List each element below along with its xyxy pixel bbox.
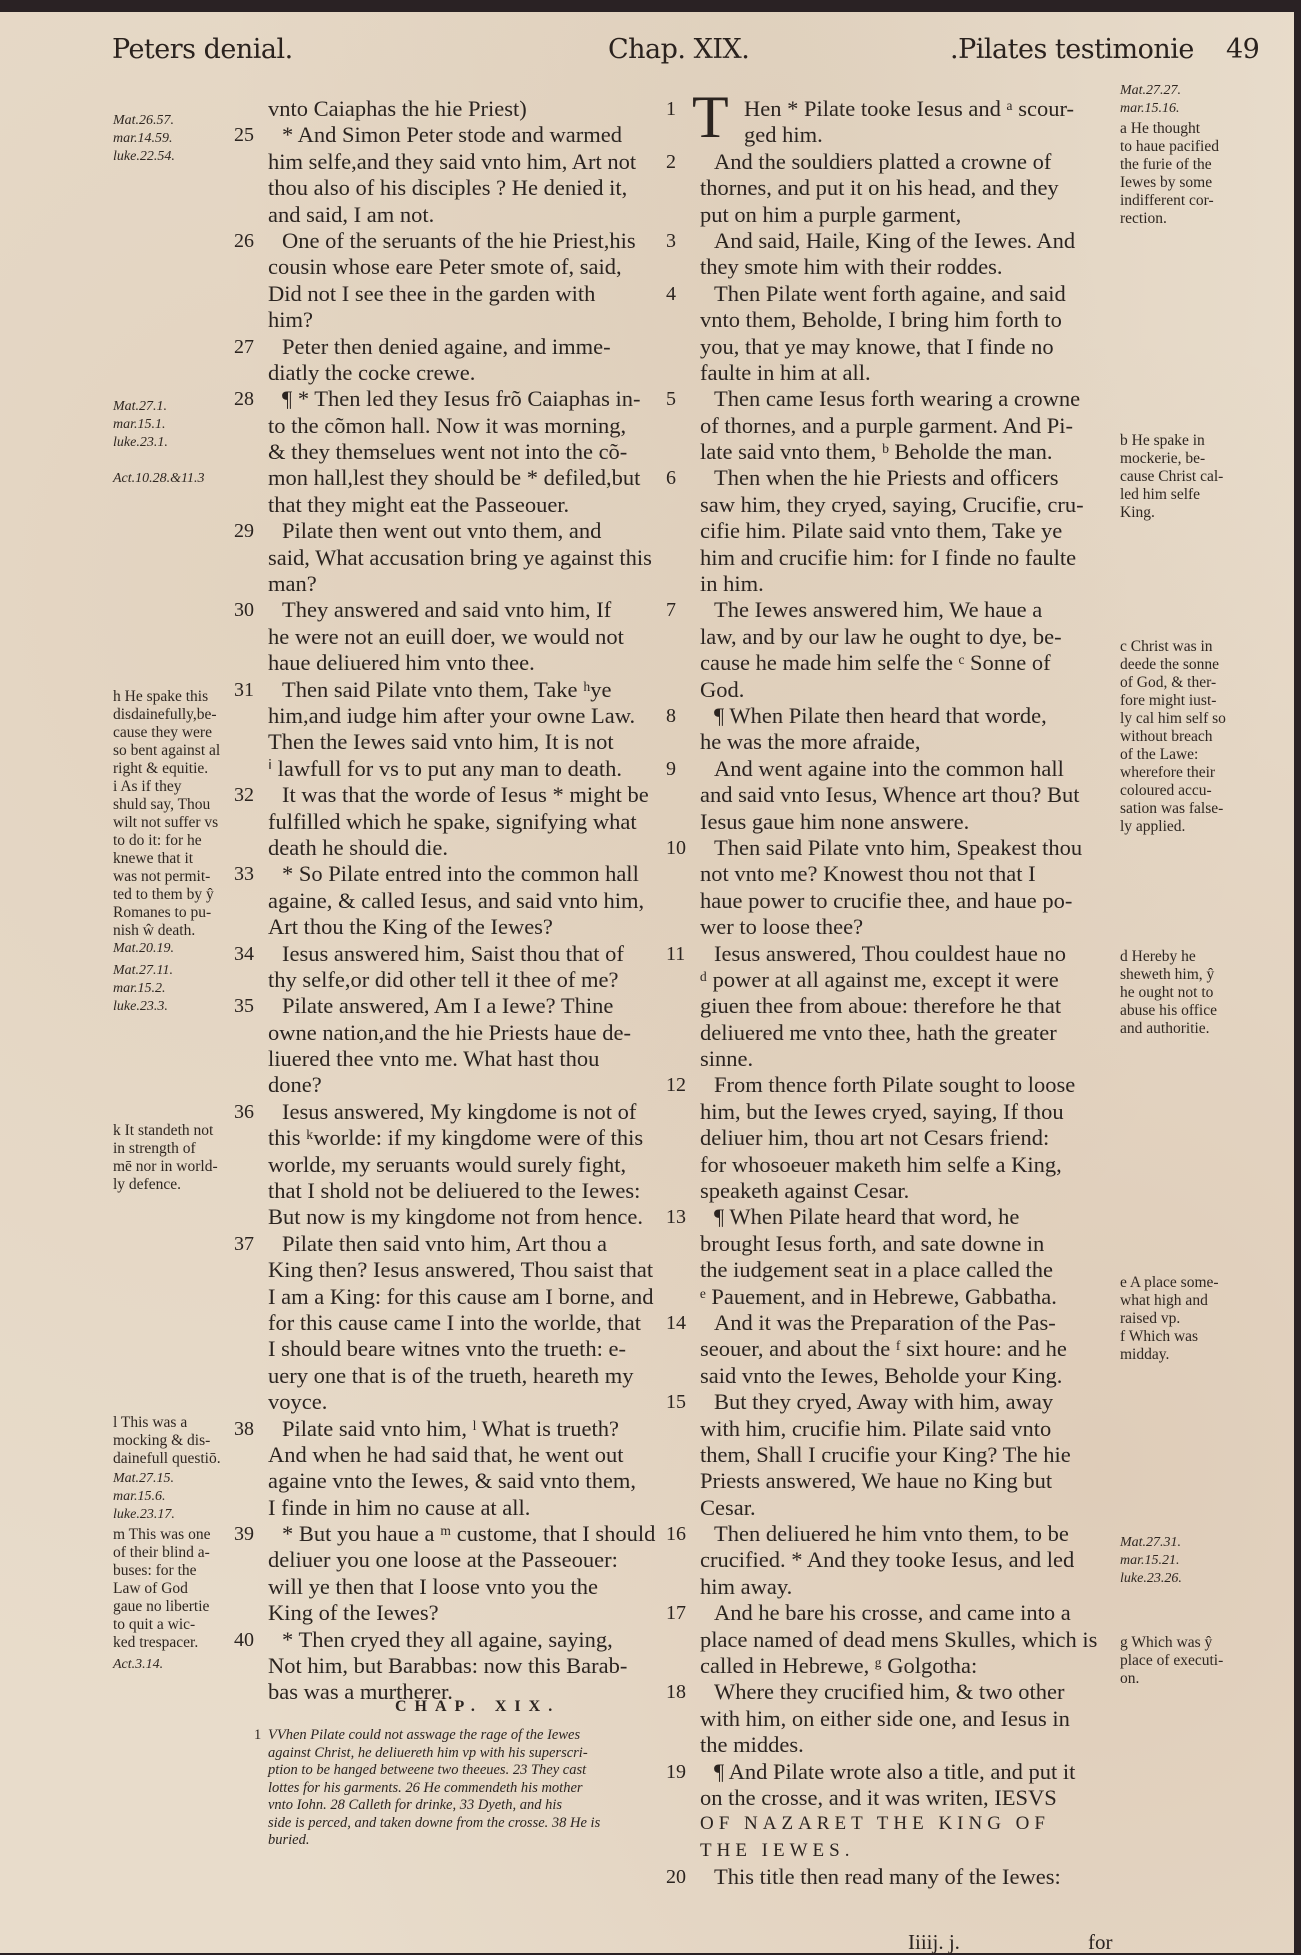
line-text: Where they crucified him, & two other bbox=[714, 1679, 1065, 1704]
text-line: with him, on either side one, and Iesus … bbox=[700, 1706, 1120, 1732]
note-line: luke.23.26. bbox=[1120, 1570, 1290, 1588]
line-text: And went againe into the common hall bbox=[714, 756, 1064, 781]
text-line: 5Then came Iesus forth wearing a crowne bbox=[700, 386, 1120, 412]
line-text: you, that ye may knowe, that I finde no bbox=[700, 334, 1054, 359]
text-line: uery one that is of the trueth, heareth … bbox=[268, 1363, 680, 1389]
margin-note-f: f Which wasmidday. bbox=[1120, 1328, 1290, 1364]
line-text: with him, crucifie him. Pilate said vnto bbox=[700, 1416, 1051, 1441]
line-text: him selfe,and they said vnto him, Art no… bbox=[268, 149, 636, 174]
note-line: mē nor in world- bbox=[113, 1158, 263, 1176]
text-line: 13¶ When Pilate heard that word, he bbox=[700, 1204, 1120, 1230]
line-text: Pilate then went out vnto them, and bbox=[282, 518, 601, 543]
line-text: faulte in him at all. bbox=[700, 360, 871, 385]
note-line: Law of God bbox=[113, 1580, 263, 1598]
line-text: liuered thee vnto me. What hast thou bbox=[268, 1046, 599, 1071]
line-text: Then deliuered he him vnto them, to be bbox=[714, 1521, 1069, 1546]
note-line: mar.15.2. bbox=[113, 980, 263, 998]
line-text: ⁱ lawfull for vs to put any man to death… bbox=[268, 756, 622, 781]
line-text: put on him a purple garment, bbox=[700, 202, 961, 227]
text-line: for whosoeuer maketh him selfe a King, bbox=[700, 1152, 1120, 1178]
text-line: death he should die. bbox=[268, 835, 680, 861]
line-text: King of the Iewes? bbox=[268, 1600, 439, 1625]
margin-note-c: c Christ was indeede the sonneof God, & … bbox=[1120, 638, 1290, 836]
text-line: 2And the souldiers platted a crowne of bbox=[700, 149, 1120, 175]
note-line: buried. bbox=[268, 1832, 680, 1850]
text-line: Then the Iewes said vnto him, It is not bbox=[268, 729, 680, 755]
note-line: mocking & dis- bbox=[113, 1432, 263, 1450]
text-line: cause he made him selfe the ᶜ Sonne of bbox=[700, 650, 1120, 676]
note-line: what high and bbox=[1120, 1292, 1290, 1310]
text-line: 8¶ When Pilate then heard that worde, bbox=[700, 703, 1120, 729]
running-head-left: Peters denial. bbox=[112, 34, 293, 65]
line-text: Iesus answered him, Saist thou that of bbox=[282, 941, 624, 966]
note-line: the furie of the bbox=[1120, 156, 1290, 174]
note-line: ked trespacer. bbox=[113, 1634, 263, 1652]
line-text: they smote him with their roddes. bbox=[700, 254, 1002, 279]
line-text: deliuered me vnto thee, hath the greater bbox=[700, 1020, 1057, 1045]
text-line: this ᵏworlde: if my kingdome were of thi… bbox=[268, 1125, 680, 1151]
text-line: 29Pilate then went out vnto them, and bbox=[268, 518, 680, 544]
margin-note-g: g Which was ŷplace of executi-on. bbox=[1120, 1634, 1290, 1688]
margin-note-h: h He spake thisdisdainefully,be-cause th… bbox=[113, 688, 263, 778]
note-line: Romanes to pu- bbox=[113, 904, 263, 922]
text-line: faulte in him at all. bbox=[700, 360, 1120, 386]
line-text: againe, & called Iesus, and said vnto hi… bbox=[268, 888, 644, 913]
note-line: i As if they bbox=[113, 778, 263, 796]
note-line: abuse his office bbox=[1120, 1002, 1290, 1020]
text-line: I should beare witnes vnto the trueth: e… bbox=[268, 1336, 680, 1362]
text-line: 35Pilate answered, Am I a Iewe? Thine bbox=[268, 993, 680, 1019]
text-line: ged him. bbox=[700, 122, 1120, 148]
text-line: 38Pilate said vnto him, ˡ What is trueth… bbox=[268, 1416, 680, 1442]
text-line: 15But they cryed, Away with him, away bbox=[700, 1389, 1120, 1415]
margin-note-k: k It standeth notin strength ofmē nor in… bbox=[113, 1122, 263, 1194]
text-line: thou also of his disciples ? He denied i… bbox=[268, 175, 680, 201]
line-text: Iesus answered, My kingdome is not of bbox=[282, 1099, 636, 1124]
line-text: mon hall,lest they should be * defiled,b… bbox=[268, 465, 640, 490]
note-line: deede the sonne bbox=[1120, 656, 1290, 674]
line-text: he was the more afraide, bbox=[700, 729, 921, 754]
text-line: 37Pilate then said vnto him, Art thou a bbox=[268, 1231, 680, 1257]
text-line: the middes. bbox=[700, 1732, 1120, 1758]
line-text: cousin whose eare Peter smote of, said, bbox=[268, 254, 622, 279]
note-line: without breach bbox=[1120, 728, 1290, 746]
line-text: I am a King: for this cause am I borne, … bbox=[268, 1284, 654, 1309]
note-line: buses: for the bbox=[113, 1562, 263, 1580]
line-text: man? bbox=[268, 571, 317, 596]
line-text: law, and by our law he ought to dye, be- bbox=[700, 624, 1062, 649]
note-line: Mat.27.11. bbox=[113, 962, 263, 980]
line-text: Pilate answered, Am I a Iewe? Thine bbox=[282, 993, 613, 1018]
line-text: vnto them, Beholde, I bring him forth to bbox=[700, 307, 1062, 332]
note-line: so bent against al bbox=[113, 742, 263, 760]
line-text: this ᵏworlde: if my kingdome were of thi… bbox=[268, 1125, 643, 1150]
text-line: 36Iesus answered, My kingdome is not of bbox=[268, 1099, 680, 1125]
text-line: called in Hebrewe, ᵍ Golgotha: bbox=[700, 1653, 1120, 1679]
line-text: Pilate then said vnto him, Art thou a bbox=[282, 1231, 607, 1256]
text-line: on the crosse, and it was writen, IESVS bbox=[700, 1785, 1120, 1811]
text-line: of thornes, and a purple garment. And Pi… bbox=[700, 413, 1120, 439]
line-text: said, What accusation bring ye against t… bbox=[268, 545, 652, 570]
note-line: King. bbox=[1120, 504, 1290, 522]
margin-refs-v32: Mat.20.19. bbox=[113, 940, 263, 958]
note-line: wilt not suffer vs bbox=[113, 814, 263, 832]
note-line: Mat.20.19. bbox=[113, 940, 263, 958]
text-line: 28¶ * Then led they Iesus frõ Caiaphas i… bbox=[268, 386, 680, 412]
note-line: against Christ, he deliuereth him vp wit… bbox=[268, 1745, 680, 1763]
line-text: uery one that is of the trueth, heareth … bbox=[268, 1363, 634, 1388]
note-line: Mat.27.31. bbox=[1120, 1534, 1290, 1552]
line-text: From thence forth Pilate sought to loose bbox=[714, 1072, 1075, 1097]
line-text: Then the Iewes said vnto him, It is not bbox=[268, 729, 614, 754]
line-text: againe vnto the Iewes, & said vnto them, bbox=[268, 1468, 636, 1493]
text-line: crucified. * And they tooke Iesus, and l… bbox=[700, 1547, 1120, 1573]
text-line: fulfilled which he spake, signifying wha… bbox=[268, 809, 680, 835]
text-line: seouer, and about the ᶠ sixt houre: and … bbox=[700, 1336, 1120, 1362]
note-line: k It standeth not bbox=[113, 1122, 263, 1140]
line-text: Then came Iesus forth wearing a crowne bbox=[714, 386, 1080, 411]
line-text: ᵉ Pauement, and in Hebrewe, Gabbatha. bbox=[700, 1284, 1057, 1309]
line-text: And it was the Preparation of the Pas- bbox=[714, 1310, 1056, 1335]
note-line: was not permit- bbox=[113, 868, 263, 886]
line-text: King then? Iesus answered, Thou saist th… bbox=[268, 1257, 653, 1282]
text-line: they smote him with their roddes. bbox=[700, 254, 1120, 280]
text-line: done? bbox=[268, 1072, 680, 1098]
note-line: luke.22.54. bbox=[113, 148, 263, 166]
note-line: raised vp. bbox=[1120, 1310, 1290, 1328]
line-text: OF NAZARET THE KING OF bbox=[700, 1813, 1050, 1834]
note-line: a He thought bbox=[1120, 120, 1290, 138]
verse-number: 5 bbox=[666, 386, 676, 412]
text-line: 33* So Pilate entred into the common hal… bbox=[268, 861, 680, 887]
note-line: f Which was bbox=[1120, 1328, 1290, 1346]
text-line: thornes, and put it on his head, and the… bbox=[700, 175, 1120, 201]
verse-number: 4 bbox=[666, 281, 676, 307]
line-text: diatly the cocke crewe. bbox=[268, 360, 475, 385]
note-line: h He spake this bbox=[113, 688, 263, 706]
line-text: haue power to crucifie thee, and haue po… bbox=[700, 888, 1072, 913]
note-line: b He spake in bbox=[1120, 432, 1290, 450]
line-text: he were not an euill doer, we would not bbox=[268, 624, 624, 649]
line-text: Not him, but Barabbas: now this Barab- bbox=[268, 1653, 627, 1678]
text-line: saw him, they cryed, saying, Crucifie, c… bbox=[700, 492, 1120, 518]
line-text: One of the seruants of the hie Priest,hi… bbox=[282, 228, 636, 253]
note-line: sheweth him, ŷ bbox=[1120, 966, 1290, 984]
line-text: Then when the hie Priests and officers bbox=[714, 465, 1059, 490]
note-line: wherefore their bbox=[1120, 764, 1290, 782]
line-text: the middes. bbox=[700, 1732, 804, 1757]
text-line: owne nation,and the hie Priests haue de- bbox=[268, 1020, 680, 1046]
text-line: vnto Caiaphas the hie Priest) bbox=[268, 96, 680, 122]
line-text: It was that the worde of Iesus * might b… bbox=[282, 782, 649, 807]
text-line: deliuered me vnto thee, hath the greater bbox=[700, 1020, 1120, 1046]
text-line: 40* Then cryed they all againe, saying, bbox=[268, 1627, 680, 1653]
note-line: mar.15.21. bbox=[1120, 1552, 1290, 1570]
text-line: him, but the Iewes cryed, saying, If tho… bbox=[700, 1099, 1120, 1125]
line-text: fulfilled which he spake, signifying wha… bbox=[268, 809, 637, 834]
text-line: Cesar. bbox=[700, 1495, 1120, 1521]
chapter-header: Chap. XIX. bbox=[608, 34, 749, 65]
text-line: 32It was that the worde of Iesus * might… bbox=[268, 782, 680, 808]
note-line: to haue pacified bbox=[1120, 138, 1290, 156]
note-line: dainefull questiō. bbox=[113, 1450, 263, 1468]
right-text-column: 1THen * Pilate tooke Iesus and ᵃ scour-g… bbox=[700, 96, 1120, 1891]
line-text: giuen thee from aboue: therefore he that bbox=[700, 993, 1061, 1018]
note-line: c Christ was in bbox=[1120, 638, 1290, 656]
line-text: The Iewes answered him, We haue a bbox=[714, 597, 1042, 622]
note-line: mar.15.6. bbox=[113, 1488, 263, 1506]
line-text: the iudgement seat in a place called the bbox=[700, 1257, 1053, 1282]
line-text: I should beare witnes vnto the trueth: e… bbox=[268, 1336, 626, 1361]
note-line: lottes for his garments. 26 He commendet… bbox=[268, 1780, 680, 1798]
argument-number: 1 bbox=[254, 1727, 261, 1745]
margin-note-m: m This was oneof their blind a-buses: fo… bbox=[113, 1526, 263, 1652]
verse-number: 12 bbox=[666, 1072, 686, 1098]
chapter-argument: 1 VVhen Pilate could not asswage the rag… bbox=[268, 1727, 680, 1850]
note-line: l This was a bbox=[113, 1414, 263, 1432]
text-line: 18Where they crucified him, & two other bbox=[700, 1679, 1120, 1705]
chapter-heading: CHAP. XIX. bbox=[395, 1698, 560, 1716]
margin-note-d: d Hereby hesheweth him, ŷhe ought not to… bbox=[1120, 948, 1290, 1038]
line-text: voyce. bbox=[268, 1389, 327, 1414]
verse-number: 3 bbox=[666, 228, 676, 254]
text-line: voyce. bbox=[268, 1389, 680, 1415]
verse-number: 1 bbox=[666, 96, 676, 122]
line-text: Art thou the King of the Iewes? bbox=[268, 914, 553, 939]
text-line: 19¶ And Pilate wrote also a title, and p… bbox=[700, 1759, 1120, 1785]
text-line: giuen thee from aboue: therefore he that bbox=[700, 993, 1120, 1019]
line-text: Priests answered, We haue no King but bbox=[700, 1468, 1052, 1493]
verse-number: 14 bbox=[666, 1310, 686, 1336]
text-line: Iesus gaue him none answere. bbox=[700, 809, 1120, 835]
line-text: of thornes, and a purple garment. And Pi… bbox=[700, 413, 1073, 438]
line-text: worlde, my seruants would surely fight, bbox=[268, 1152, 626, 1177]
text-line: diatly the cocke crewe. bbox=[268, 360, 680, 386]
note-line: luke.23.1. bbox=[113, 434, 263, 452]
note-line: m This was one bbox=[113, 1526, 263, 1544]
note-line: right & equitie. bbox=[113, 760, 263, 778]
text-line: King of the Iewes? bbox=[268, 1600, 680, 1626]
line-text: owne nation,and the hie Priests haue de- bbox=[268, 1020, 631, 1045]
note-line: mar.14.59. bbox=[113, 130, 263, 148]
note-line: Mat.27.27. bbox=[1120, 82, 1290, 100]
verse-number: 13 bbox=[666, 1204, 686, 1230]
note-line: fore might iust- bbox=[1120, 692, 1290, 710]
page-number: 49 bbox=[1226, 34, 1259, 65]
note-line: of their blind a- bbox=[113, 1544, 263, 1562]
note-line: and authoritie. bbox=[1120, 1020, 1290, 1038]
text-line: vnto them, Beholde, I bring him forth to bbox=[700, 307, 1120, 333]
note-line: VVhen Pilate could not asswage the rage … bbox=[268, 1727, 680, 1745]
text-line: ᵈ power at all against me, except it wer… bbox=[700, 967, 1120, 993]
note-line: luke.23.3. bbox=[113, 998, 263, 1016]
line-text: haue deliuered him vnto thee. bbox=[268, 650, 535, 675]
verse-number: 2 bbox=[666, 149, 676, 175]
line-text: brought Iesus forth, and sate downe in bbox=[700, 1231, 1044, 1256]
line-text: ¶ When Pilate then heard that worde, bbox=[714, 703, 1047, 728]
text-line: said, What accusation bring ye against t… bbox=[268, 545, 680, 571]
text-line: mon hall,lest they should be * defiled,b… bbox=[268, 465, 680, 491]
line-text: and said, I am not. bbox=[268, 202, 434, 227]
note-line: Mat.27.1. bbox=[113, 398, 263, 416]
line-text: and said vnto Iesus, Whence art thou? Bu… bbox=[700, 782, 1080, 807]
text-line: cousin whose eare Peter smote of, said, bbox=[268, 254, 680, 280]
line-text: for this cause came I into the worlde, t… bbox=[268, 1310, 641, 1335]
text-line: 20This title then read many of the Iewes… bbox=[700, 1864, 1120, 1890]
note-line: coloured accu- bbox=[1120, 782, 1290, 800]
note-line: indifferent cor- bbox=[1120, 192, 1290, 210]
note-line: to do it: for he bbox=[113, 832, 263, 850]
text-line: 10Then said Pilate vnto him, Speakest th… bbox=[700, 835, 1120, 861]
text-line: God. bbox=[700, 677, 1120, 703]
note-line: shuld say, Thou bbox=[113, 796, 263, 814]
note-line: gaue no libertie bbox=[113, 1598, 263, 1616]
line-text: But now is my kingdome not from hence. bbox=[268, 1204, 643, 1229]
line-text: with him, on either side one, and Iesus … bbox=[700, 1706, 1070, 1731]
line-text: crucified. * And they tooke Iesus, and l… bbox=[700, 1547, 1074, 1572]
margin-note-i: i As if theyshuld say, Thouwilt not suff… bbox=[113, 778, 263, 940]
line-text: * And Simon Peter stode and warmed bbox=[282, 122, 622, 147]
note-line: side is perced, and taken downe from the… bbox=[268, 1815, 680, 1833]
margin-refs-v33: Mat.27.11.mar.15.2.luke.23.3. bbox=[113, 962, 263, 1016]
text-line: speaketh against Cesar. bbox=[700, 1178, 1120, 1204]
verse-number: 20 bbox=[666, 1864, 686, 1890]
text-line: I finde in him no cause at all. bbox=[268, 1495, 680, 1521]
line-text: Then said Pilate vnto them, Take ʰye bbox=[282, 677, 612, 702]
text-line: that they might eat the Passeouer. bbox=[268, 492, 680, 518]
text-line: 1THen * Pilate tooke Iesus and ᵃ scour- bbox=[700, 96, 1120, 122]
line-text: & they themselues went not into the cõ- bbox=[268, 439, 627, 464]
text-line: Did not I see thee in the garden with bbox=[268, 281, 680, 307]
line-text: ¶ And Pilate wrote also a title, and put… bbox=[714, 1759, 1075, 1784]
line-text: Peter then denied againe, and imme- bbox=[282, 334, 611, 359]
left-text-column: vnto Caiaphas the hie Priest)25* And Sim… bbox=[268, 96, 680, 1706]
text-line: liuered thee vnto me. What hast thou bbox=[268, 1046, 680, 1072]
verse-number: 19 bbox=[666, 1759, 686, 1785]
line-text: him away. bbox=[700, 1574, 792, 1599]
line-text: not vnto me? Knowest thou not that I bbox=[700, 861, 1036, 886]
margin-refs-v1: Mat.27.27.mar.15.16. bbox=[1120, 82, 1290, 118]
text-line: & they themselues went not into the cõ- bbox=[268, 439, 680, 465]
line-text: And he bare his crosse, and came into a bbox=[714, 1600, 1071, 1625]
text-line: deliuer you one loose at the Passeouer: bbox=[268, 1547, 680, 1573]
text-line: Not him, but Barabbas: now this Barab- bbox=[268, 1653, 680, 1679]
text-line: OF NAZARET THE KING OF bbox=[700, 1811, 1120, 1837]
line-text: ¶ When Pilate heard that word, he bbox=[714, 1204, 1019, 1229]
line-text: cifie him. Pilate said vnto them, Take y… bbox=[700, 518, 1062, 543]
text-line: againe, & called Iesus, and said vnto hi… bbox=[268, 888, 680, 914]
text-line: the iudgement seat in a place called the bbox=[700, 1257, 1120, 1283]
note-line: place of executi- bbox=[1120, 1652, 1290, 1670]
margin-note-e: e A place some-what high andraised vp. bbox=[1120, 1274, 1290, 1328]
text-line: 30They answered and said vnto him, If bbox=[268, 597, 680, 623]
note-line: on. bbox=[1120, 1670, 1290, 1688]
line-text: called in Hebrewe, ᵍ Golgotha: bbox=[700, 1653, 977, 1678]
signature-mark: Iiiij. j. bbox=[908, 1930, 960, 1953]
line-text: will ye then that I loose vnto you the bbox=[268, 1574, 598, 1599]
text-line: But now is my kingdome not from hence. bbox=[268, 1204, 680, 1230]
line-text: that I shold not be deliuered to the Iew… bbox=[268, 1178, 640, 1203]
line-text: deliuer you one loose at the Passeouer: bbox=[268, 1547, 618, 1572]
text-line: 12From thence forth Pilate sought to loo… bbox=[700, 1072, 1120, 1098]
text-line: sinne. bbox=[700, 1046, 1120, 1072]
line-text: They answered and said vnto him, If bbox=[282, 597, 611, 622]
line-text: speaketh against Cesar. bbox=[700, 1178, 909, 1203]
note-line: rection. bbox=[1120, 210, 1290, 228]
text-line: in him. bbox=[700, 571, 1120, 597]
note-line: midday. bbox=[1120, 1346, 1290, 1364]
text-line: 34Iesus answered him, Saist thou that of bbox=[268, 941, 680, 967]
note-line: knewe that it bbox=[113, 850, 263, 868]
line-text: THE IEWES. bbox=[700, 1840, 854, 1861]
line-text: Then said Pilate vnto him, Speakest thou bbox=[714, 835, 1082, 860]
text-line: 3And said, Haile, King of the Iewes. And bbox=[700, 228, 1120, 254]
line-text: him,and iudge him after your owne Law. bbox=[268, 703, 635, 728]
text-line: ᵉ Pauement, and in Hebrewe, Gabbatha. bbox=[700, 1284, 1120, 1310]
text-line: ⁱ lawfull for vs to put any man to death… bbox=[268, 756, 680, 782]
text-line: he were not an euill doer, we would not bbox=[268, 624, 680, 650]
text-line: place named of dead mens Skulles, which … bbox=[700, 1627, 1120, 1653]
verse-number: 17 bbox=[666, 1600, 686, 1626]
text-line: thy selfe,or did other tell it thee of m… bbox=[268, 967, 680, 993]
text-line: 7The Iewes answered him, We haue a bbox=[700, 597, 1120, 623]
text-line: Art thou the King of the Iewes? bbox=[268, 914, 680, 940]
line-text: him? bbox=[268, 307, 313, 332]
text-line: deliuer him, thou art not Cesars friend: bbox=[700, 1125, 1120, 1151]
book-page: Peters denial. Chap. XIX. .Pilates testi… bbox=[0, 12, 1294, 1953]
line-text: wer to loose thee? bbox=[700, 914, 863, 939]
line-text: saw him, they cryed, saying, Crucifie, c… bbox=[700, 492, 1084, 517]
line-text: late said vnto them, ᵇ Beholde the man. bbox=[700, 439, 1053, 464]
note-line: Act.10.28.&11.3 bbox=[113, 470, 263, 488]
note-line: led him selfe bbox=[1120, 486, 1290, 504]
line-text: on the crosse, and it was writen, IESVS bbox=[700, 1785, 1057, 1810]
verse-number: 30 bbox=[234, 597, 254, 623]
line-text: him and crucifie him: for I finde no fau… bbox=[700, 545, 1076, 570]
verse-number: 27 bbox=[234, 334, 254, 360]
line-text: thou also of his disciples ? He denied i… bbox=[268, 175, 627, 200]
line-text: But they cryed, Away with him, away bbox=[714, 1389, 1053, 1414]
line-text: death he should die. bbox=[268, 835, 448, 860]
text-line: him and crucifie him: for I finde no fau… bbox=[700, 545, 1120, 571]
text-line: that I shold not be deliuered to the Iew… bbox=[268, 1178, 680, 1204]
text-line: late said vnto them, ᵇ Beholde the man. bbox=[700, 439, 1120, 465]
note-line: ly cal him self so bbox=[1120, 710, 1290, 728]
line-text: ᵈ power at all against me, except it wer… bbox=[700, 967, 1059, 992]
text-line: said vnto the Iewes, Beholde your King. bbox=[700, 1363, 1120, 1389]
text-line: will ye then that I loose vnto you the bbox=[268, 1574, 680, 1600]
text-line: And when he had said that, he went out bbox=[268, 1442, 680, 1468]
text-line: him? bbox=[268, 307, 680, 333]
note-line: Act.3.14. bbox=[113, 1656, 263, 1674]
line-text: place named of dead mens Skulles, which … bbox=[700, 1627, 1097, 1652]
line-text: God. bbox=[700, 677, 744, 702]
note-line: e A place some- bbox=[1120, 1274, 1290, 1292]
text-line: 4Then Pilate went forth againe, and said bbox=[700, 281, 1120, 307]
catchword: for bbox=[1088, 1930, 1113, 1953]
line-text: * Then cryed they all againe, saying, bbox=[282, 1627, 613, 1652]
text-line: 27Peter then denied againe, and imme- bbox=[268, 334, 680, 360]
verse-number: 37 bbox=[234, 1231, 254, 1257]
margin-note-l: l This was amocking & dis-dainefull ques… bbox=[113, 1414, 263, 1468]
text-line: 6Then when the hie Priests and officers bbox=[700, 465, 1120, 491]
text-line: to the cõmon hall. Now it was morning, bbox=[268, 413, 680, 439]
text-line: with him, crucifie him. Pilate said vnto bbox=[700, 1416, 1120, 1442]
line-text: seouer, and about the ᶠ sixt houre: and … bbox=[700, 1336, 1067, 1361]
text-line: 16Then deliuered he him vnto them, to be bbox=[700, 1521, 1120, 1547]
note-line: ted to them by ŷ bbox=[113, 886, 263, 904]
text-line: him selfe,and they said vnto him, Art no… bbox=[268, 149, 680, 175]
